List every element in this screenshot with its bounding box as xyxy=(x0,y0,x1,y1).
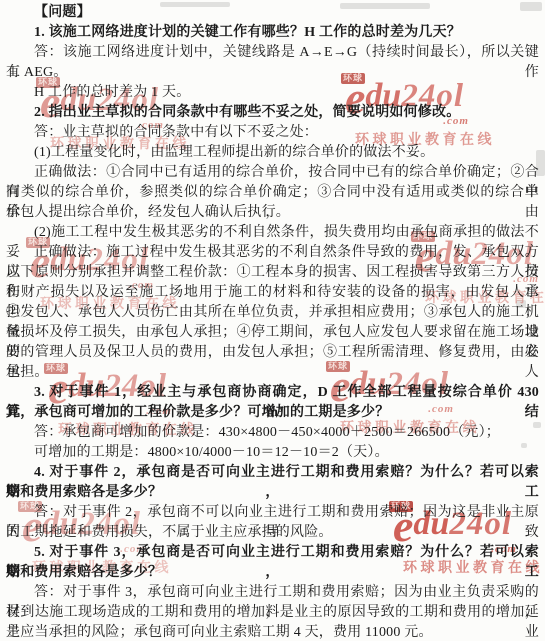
text-line: 答：业主草拟的合同条款中有以下不妥之处： xyxy=(6,123,539,143)
text-line: 正确做法：施工过程中发生极其恶劣的不利自然条件导致的费用，发、承包双方应按 xyxy=(6,243,539,263)
text-line: 3. 对于事件 1，经业主与承包商协商确定，D 工作全部工程量按综合单价 430… xyxy=(6,383,539,403)
text-line: 有类似的综合单价，参照类似的综合单价确定；③合同中没有适用或类似的综合单价，由 xyxy=(6,183,539,203)
document-heading: 【问题】 xyxy=(6,3,539,23)
text-line: H 工作的总时差为 1 天。 xyxy=(6,83,539,103)
text-line: 答：承包商可增加的价款是：430×4800－450×4000＋2500＝2665… xyxy=(6,423,539,443)
text-line: (1)工程量变化时，由监理工程师提出新的综合单价的做法不妥。 xyxy=(6,143,539,163)
text-line: (2)施工工程中发生极其恶劣的不利自然条件，损失费用均由承包商承担的做法不妥。 xyxy=(6,223,539,243)
text-line: 以下原则分别承担并调整工程价款：①工程本身的损害、因工程损害导致第三方人员伤亡 xyxy=(6,263,539,283)
text-line: 误到达施工现场造成的工期和费用的增加，是业主的原因导致的工期和费用的增加，是业 xyxy=(6,603,539,623)
text-line: 5. 对于事件 3，承包商是否可向业主进行工期和费用索赔？为什么？若可以索赔，工 xyxy=(6,543,539,563)
text-line: 1. 该施工网络进度计划的关键工作有哪些？H 工作的总时差为几天？ xyxy=(6,23,539,43)
text-line: 4. 对于事件 2，承包商是否可向业主进行工期和费用索赔？为什么？若可以索赔，工 xyxy=(6,463,539,483)
text-line: 答：对于事件 3，承包商可向业主进行工期和费用索赔；因为由业主负责采购的材料延 xyxy=(6,583,539,603)
text-line: 可增加的工期是：4800×10/4000－10＝12－10＝2（天）。 xyxy=(6,443,539,463)
text-line: 和财产损失以及运至施工场地用于施工的材料和待安装的设备的损害，由发包人承担； xyxy=(6,283,539,303)
text-line: 正确做法：①合同中已有适用的综合单价，按合同中已有的综合单价确定；②合同中 xyxy=(6,163,539,183)
text-line: 备损坏及停工损失，由承包人承担；④停工期间，承包人应发包人要求留在施工场地的必 xyxy=(6,323,539,343)
text-line: 要的管理人员及保卫人员的费用，由发包人承担；⑤工程所需清理、修复费用，由发包人 xyxy=(6,343,539,363)
text-line: 答：该施工网络进度计划中，关键线路是 A→E→G（持续时间最长），所以关键工作 xyxy=(6,43,539,63)
text-line: 答：对于事件 2，承包商不可以向业主进行工期和费用索赔；因为这是非业主原因导致 xyxy=(6,503,539,523)
scanned-document-page: 环球edu24ol.com环球职业教育在线环球edu24ol.com环球职业教育… xyxy=(0,0,545,641)
text-line: ②发包人、承包人人员伤亡由其所在单位负责，并承担相应费用；③承包人的施工机械设 xyxy=(6,303,539,323)
document-text: 【问题】1. 该施工网络进度计划的关键工作有哪些？H 工作的总时差为几天？答：该… xyxy=(6,3,539,641)
text-line: 2. 指出业主草拟的合同条款中有哪些不妥之处，简要说明如何修改。 xyxy=(6,103,539,123)
